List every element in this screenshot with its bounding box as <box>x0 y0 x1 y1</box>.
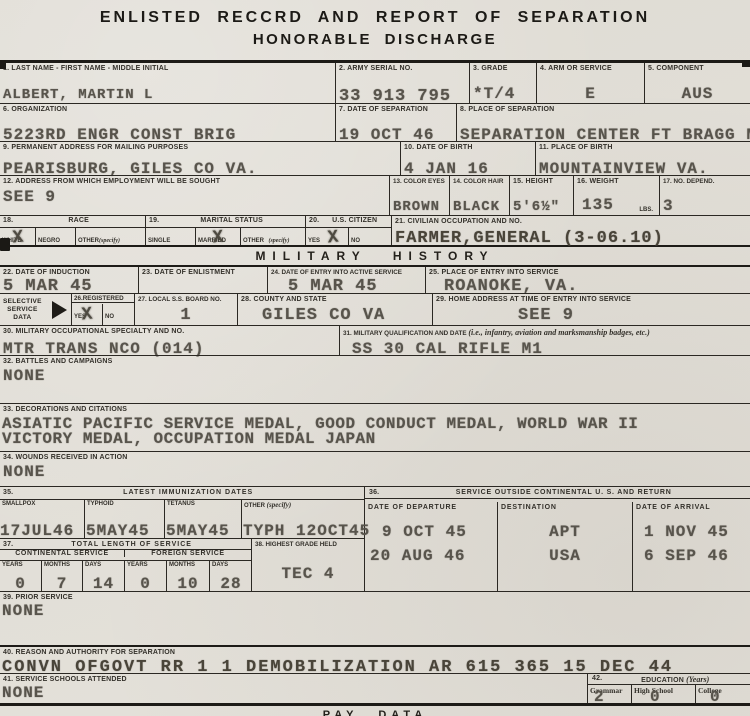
field-value: NONE <box>3 367 45 385</box>
field-height: 15. HEIGHT 5'6½" <box>510 176 574 215</box>
field-label: 7. DATE OF SEPARATION <box>339 106 453 113</box>
field-label: 33. DECORATIONS AND CITATIONS <box>3 406 747 413</box>
field-number: 19. <box>149 217 159 224</box>
field-label: 22. DATE OF INDUCTION <box>3 269 135 276</box>
field-number: 35. <box>3 489 13 496</box>
field-label: 29. HOME ADDRESS AT TIME OF ENTRY INTO S… <box>436 296 747 303</box>
field-label: 39. PRIOR SERVICE <box>3 594 747 601</box>
departure-value-2: 20 AUG 46 <box>368 547 494 565</box>
field-value: BLACK <box>453 199 500 215</box>
row-14: 40. REASON AND AUTHORITY FOR SEPARATION … <box>0 645 750 673</box>
field-number: 36. <box>369 489 379 496</box>
check-mark: X <box>11 227 24 248</box>
field-value: NONE <box>3 463 45 481</box>
marital-option-single: SINGLE <box>146 228 196 245</box>
check-mark: X <box>81 304 94 325</box>
field-military-occupational-specialty: 30. MILITARY OCCUPATIONAL SPECIALTY AND … <box>0 326 340 355</box>
field-county-and-state: 28. COUNTY AND STATE GILES CO VA <box>238 294 433 325</box>
field-label: SERVICE OUTSIDE CONTINENTAL U. S. AND RE… <box>381 489 746 496</box>
foreign-days: DAYS 28 <box>210 561 252 591</box>
race-option-negro: NEGRO <box>36 228 76 245</box>
marital-options: SINGLE MARRIED X OTHER (specify) <box>146 227 305 245</box>
field-service-outside-continental-us: 36. SERVICE OUTSIDE CONTINENTAL U. S. AN… <box>365 487 750 591</box>
field-employment-address: 12. ADDRESS FROM WHICH EMPLOYMENT WILL B… <box>0 176 390 215</box>
field-home-address-entry: 29. HOME ADDRESS AT TIME OF ENTRY INTO S… <box>433 294 750 325</box>
field-organization: 6. ORGANIZATION 5223RD ENGR CONST BRIG <box>0 104 336 141</box>
field-label: 5. COMPONENT <box>648 65 747 72</box>
field-wounds-received: 34. WOUNDS RECEIVED IN ACTION NONE <box>0 452 750 486</box>
field-no-depend: 17. NO. DEPEND. 3 <box>660 176 750 215</box>
field-value: SEE 9 <box>518 306 574 325</box>
row-2: 6. ORGANIZATION 5223RD ENGR CONST BRIG 7… <box>0 103 750 141</box>
section-header-military-history: MILITARY HISTORY <box>0 245 750 265</box>
field-grade: 3. GRADE *T/4 <box>470 63 537 103</box>
immunization-smallpox: SMALLPOX 17JUL46 <box>0 500 85 538</box>
field-label: 25. PLACE OF ENTRY INTO SERVICE <box>429 269 747 276</box>
field-value: ALBERT, MARTIN L <box>3 87 153 103</box>
title-block: ENLISTED RECCRD AND REPORT OF SEPARATION… <box>0 0 750 60</box>
field-date-entry-active-service: 24. DATE OF ENTRY INTO ACTIVE SERVICE 5 … <box>268 267 426 293</box>
row-4: 12. ADDRESS FROM WHICH EMPLOYMENT WILL B… <box>0 175 750 215</box>
race-options: WHITE X NEGRO OTHER(specify) <box>0 227 145 245</box>
field-color-hair: 14. COLOR HAIR BLACK <box>450 176 510 215</box>
form-grid: 1. LAST NAME - FIRST NAME - MIDDLE INITI… <box>0 60 750 716</box>
field-label: 26.REGISTERED <box>72 295 134 303</box>
citizen-options: YES X NO <box>306 227 391 245</box>
field-label: 12. ADDRESS FROM WHICH EMPLOYMENT WILL B… <box>3 178 386 185</box>
scan-artifact-right-edge <box>742 60 750 67</box>
field-label: 13. COLOR EYES <box>393 178 446 185</box>
field-number: 18. <box>3 217 13 224</box>
field-label: 6. ORGANIZATION <box>3 106 332 113</box>
field-color-eyes: 13. COLOR EYES BROWN <box>390 176 450 215</box>
field-label: 38. HIGHEST GRADE HELD <box>255 541 361 548</box>
destination-column: DESTINATION APT USA <box>498 502 633 591</box>
field-arm-or-service: 4. ARM OR SERVICE E <box>537 63 645 103</box>
form-subtitle: HONORABLE DISCHARGE <box>0 31 750 48</box>
field-permanent-address: 9. PERMANENT ADDRESS FOR MAILING PURPOSE… <box>0 142 401 175</box>
field-value: FARMER,GENERAL (3-06.10) <box>395 229 664 248</box>
field-value: NONE <box>2 684 44 702</box>
field-label: EDUCATION (Years) <box>604 675 746 684</box>
field-value: SEE 9 <box>3 188 56 206</box>
field-reason-for-separation: 40. REASON AND AUTHORITY FOR SEPARATION … <box>0 647 750 673</box>
registered-option-yes: YES X <box>72 304 103 325</box>
field-label: 40. REASON AND AUTHORITY FOR SEPARATION <box>3 649 747 656</box>
field-label: 10. DATE OF BIRTH <box>404 144 532 151</box>
row-7: SELECTIVE SERVICE DATA 26.REGISTERED YES… <box>0 293 750 325</box>
field-value: 5'6½" <box>513 199 560 215</box>
registered-option-no: NO <box>103 304 134 325</box>
field-total-length-of-service: 37. TOTAL LENGTH OF SERVICE CONTINENTAL … <box>0 539 252 591</box>
field-label: 11. PLACE OF BIRTH <box>539 144 747 151</box>
weight-unit-label: LBS. <box>639 207 653 213</box>
field-number: 42. <box>592 675 602 682</box>
continental-months: MONTHS 7 <box>42 561 83 591</box>
marital-option-married: MARRIED X <box>196 228 241 245</box>
field-local-ss-board: 27. LOCAL S.S. BOARD NO. 1 <box>135 294 238 325</box>
field-education: 42. EDUCATION (Years) Grammar 2 High Sch… <box>588 674 750 703</box>
education-high-school: High School 0 <box>632 685 696 703</box>
arrival-value-1: 1 NOV 45 <box>636 523 747 541</box>
field-label: MARITAL STATUS <box>161 217 302 224</box>
field-label: 34. WOUNDS RECEIVED IN ACTION <box>3 454 747 461</box>
field-army-serial-no: 2. ARMY SERIAL NO. 33 913 795 <box>336 63 470 103</box>
marital-option-other: OTHER (specify) <box>241 228 306 245</box>
field-label: 24. DATE OF ENTRY INTO ACTIVE SERVICE <box>271 269 422 276</box>
row-12: 35. LATEST IMMUNIZATION DATES SMALLPOX 1… <box>0 486 750 591</box>
row-5: 18. RACE WHITE X NEGRO OTHER(specify) <box>0 215 750 245</box>
arrival-value-2: 6 SEP 46 <box>636 547 747 565</box>
field-value: NONE <box>2 602 44 620</box>
field-place-of-separation: 8. PLACE OF SEPARATION SEPARATION CENTER… <box>457 104 750 141</box>
field-weight: 16. WEIGHT 135 LBS. <box>574 176 660 215</box>
field-number: 37. <box>3 541 13 548</box>
immunization-typhoid: TYPHOID 5MAY45 <box>85 500 165 538</box>
row-8: 30. MILITARY OCCUPATIONAL SPECIALTY AND … <box>0 325 750 355</box>
immunization-and-service-length-column: 35. LATEST IMMUNIZATION DATES SMALLPOX 1… <box>0 487 365 591</box>
row-11: 34. WOUNDS RECEIVED IN ACTION NONE <box>0 451 750 486</box>
continental-years: YEARS 0 <box>0 561 42 591</box>
field-label: LATEST IMMUNIZATION DATES <box>15 489 361 496</box>
field-civilian-occupation: 21. CIVILIAN OCCUPATION AND NO. FARMER,G… <box>392 216 750 245</box>
form-title: ENLISTED RECCRD AND REPORT OF SEPARATION <box>0 9 750 27</box>
field-label: 16. WEIGHT <box>577 178 656 185</box>
education-college: College 0 <box>696 685 750 703</box>
field-highest-grade-held: 38. HIGHEST GRADE HELD TEC 4 <box>252 539 364 591</box>
row-1: 1. LAST NAME - FIRST NAME - MIDDLE INITI… <box>0 63 750 103</box>
field-date-of-separation: 7. DATE OF SEPARATION 19 OCT 46 <box>336 104 457 141</box>
row-9: 32. BATTLES AND CAMPAIGNS NONE <box>0 355 750 403</box>
field-number: 20. <box>309 217 319 224</box>
citizen-option-yes: YES X <box>306 228 349 245</box>
foreign-service-label: FOREIGN SERVICE <box>125 550 251 557</box>
check-mark: X <box>212 227 225 248</box>
departure-value-1: 9 OCT 45 <box>368 523 494 541</box>
immunization-tetanus: TETANUS 5MAY45 <box>165 500 242 538</box>
section-header-pay-data: PAY DATA <box>0 703 750 716</box>
field-label: 1. LAST NAME - FIRST NAME - MIDDLE INITI… <box>3 65 332 72</box>
field-label: 31. MILITARY QUALIFICATION AND DATE (i.e… <box>343 328 747 337</box>
race-option-other: OTHER(specify) <box>76 228 146 245</box>
field-label: 4. ARM OR SERVICE <box>540 65 641 72</box>
field-marital-status: 19. MARITAL STATUS SINGLE MARRIED X OTHE… <box>146 216 306 245</box>
field-decorations-and-citations: 33. DECORATIONS AND CITATIONS ASIATIC PA… <box>0 404 750 451</box>
field-last-name: 1. LAST NAME - FIRST NAME - MIDDLE INITI… <box>0 63 336 103</box>
field-label: 15. HEIGHT <box>513 178 570 185</box>
field-value: 3 <box>663 197 674 215</box>
continental-days: DAYS 14 <box>83 561 125 591</box>
field-label: 14. COLOR HAIR <box>453 178 506 185</box>
field-value: E <box>585 85 596 103</box>
field-label: 3. GRADE <box>473 65 533 72</box>
field-place-of-birth: 11. PLACE OF BIRTH MOUNTAINVIEW VA. <box>536 142 750 175</box>
row-15: 41. SERVICE SCHOOLS ATTENDED NONE 42. ED… <box>0 673 750 703</box>
field-race: 18. RACE WHITE X NEGRO OTHER(specify) <box>0 216 146 245</box>
immunization-other: OTHER (specify) TYPH 12OCT45 <box>242 500 365 538</box>
field-us-citizen: 20. U.S. CITIZEN YES X NO <box>306 216 392 245</box>
field-label: 23. DATE OF ENLISTMENT <box>142 269 264 276</box>
field-label: 30. MILITARY OCCUPATIONAL SPECIALTY AND … <box>3 328 336 335</box>
field-value: 135 <box>582 196 614 214</box>
field-military-qualification: 31. MILITARY QUALIFICATION AND DATE (i.e… <box>340 326 750 355</box>
continental-service-label: CONTINENTAL SERVICE <box>0 550 125 557</box>
field-label: 41. SERVICE SCHOOLS ATTENDED <box>3 676 584 683</box>
selective-service-label: SELECTIVE SERVICE DATA <box>3 298 42 322</box>
discharge-form-page: ENLISTED RECCRD AND REPORT OF SEPARATION… <box>0 0 750 716</box>
field-value: BROWN <box>393 199 440 215</box>
field-label: 32. BATTLES AND CAMPAIGNS <box>3 358 747 365</box>
field-component: 5. COMPONENT AUS <box>645 63 750 103</box>
field-label: 21. CIVILIAN OCCUPATION AND NO. <box>395 218 747 225</box>
field-label: U.S. CITIZEN <box>321 217 388 224</box>
field-label: TOTAL LENGTH OF SERVICE <box>15 541 248 548</box>
arrow-right-icon <box>52 301 67 319</box>
field-place-entry-service: 25. PLACE OF ENTRY INTO SERVICE ROANOKE,… <box>426 267 750 293</box>
foreign-months: MONTHS 10 <box>167 561 210 591</box>
departure-column: DATE OF DEPARTURE 9 OCT 45 20 AUG 46 <box>365 502 498 591</box>
field-label: 17. NO. DEPEND. <box>663 178 747 185</box>
field-label: 2. ARMY SERIAL NO. <box>339 65 466 72</box>
foreign-years: YEARS 0 <box>125 561 167 591</box>
field-date-of-induction: 22. DATE OF INDUCTION 5 MAR 45 <box>0 267 139 293</box>
field-value: TEC 4 <box>281 565 334 583</box>
field-service-schools: 41. SERVICE SCHOOLS ATTENDED NONE <box>0 674 588 703</box>
field-immunization-dates: 35. LATEST IMMUNIZATION DATES SMALLPOX 1… <box>0 487 364 539</box>
education-grammar: Grammar 2 <box>588 685 632 703</box>
scan-artifact-left-edge <box>0 238 10 251</box>
field-registered: 26.REGISTERED YES X NO <box>72 294 135 325</box>
field-value: *T/4 <box>473 85 515 103</box>
row-6: 22. DATE OF INDUCTION 5 MAR 45 23. DATE … <box>0 265 750 293</box>
field-value: GILES CO VA <box>262 306 385 325</box>
field-label: 28. COUNTY AND STATE <box>241 296 429 303</box>
field-value-line-2: VICTORY MEDAL, OCCUPATION MEDAL JAPAN <box>2 430 376 448</box>
citizen-option-no: NO <box>349 228 391 245</box>
field-prior-service: 39. PRIOR SERVICE NONE <box>0 592 750 645</box>
destination-value-1: APT <box>501 523 629 541</box>
field-battles-and-campaigns: 32. BATTLES AND CAMPAIGNS NONE <box>0 356 750 403</box>
field-date-of-birth: 10. DATE OF BIRTH 4 JAN 16 <box>401 142 536 175</box>
row-13: 39. PRIOR SERVICE NONE <box>0 591 750 645</box>
field-value: AUS <box>682 85 714 103</box>
field-label: 9. PERMANENT ADDRESS FOR MAILING PURPOSE… <box>3 144 397 151</box>
scan-artifact-top-left <box>0 60 6 69</box>
field-label: 27. LOCAL S.S. BOARD NO. <box>138 296 234 303</box>
field-date-of-enlistment: 23. DATE OF ENLISTMENT <box>139 267 268 293</box>
field-value: 1 <box>180 306 191 325</box>
selective-service-data-box: SELECTIVE SERVICE DATA <box>0 294 72 325</box>
field-label: RACE <box>15 217 142 224</box>
field-label: 8. PLACE OF SEPARATION <box>460 106 747 113</box>
arrival-column: DATE OF ARRIVAL 1 NOV 45 6 SEP 46 <box>633 502 750 591</box>
destination-value-2: USA <box>501 547 629 565</box>
row-3: 9. PERMANENT ADDRESS FOR MAILING PURPOSE… <box>0 141 750 175</box>
row-10: 33. DECORATIONS AND CITATIONS ASIATIC PA… <box>0 403 750 451</box>
service-length-row: 37. TOTAL LENGTH OF SERVICE CONTINENTAL … <box>0 539 364 591</box>
check-mark: X <box>327 227 340 248</box>
